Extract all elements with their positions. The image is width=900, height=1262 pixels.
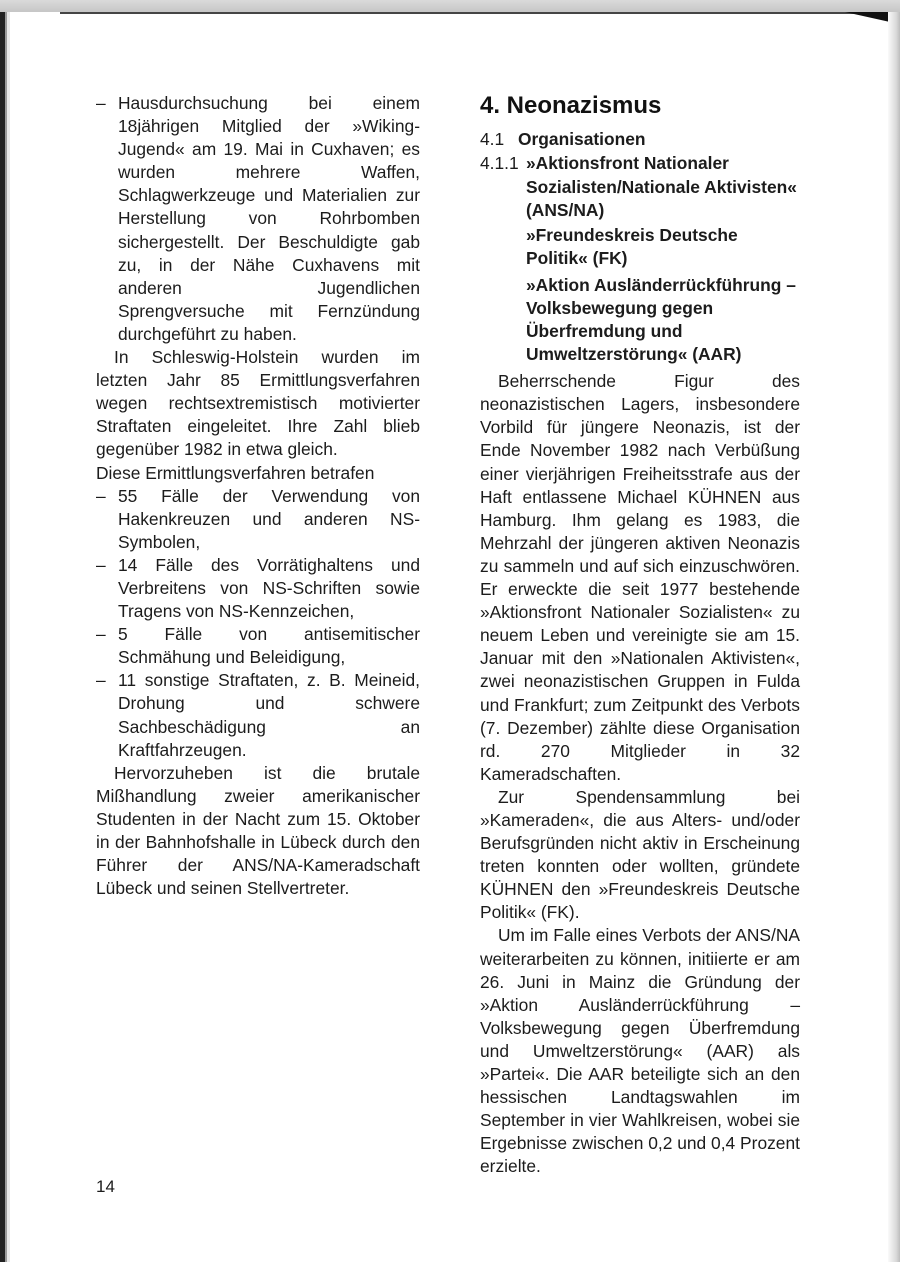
paragraph-list-intro: Diese Ermittlungsverfahren betrafen: [96, 462, 420, 485]
scan-edge-right: [888, 12, 900, 1262]
scan-corner-fold: [845, 12, 890, 22]
list-item-text: 55 Fälle der Verwendung von Hakenkreuzen…: [118, 486, 420, 552]
scan-edge-left: [0, 12, 10, 1262]
paragraph-kuehnen: Beherrschende Figur des neonazistischen …: [480, 370, 800, 786]
list-item-text: 14 Fälle des Vorrätighaltens und Verbrei…: [118, 555, 420, 621]
case-list: – 55 Fälle der Verwendung von Hakenkreuz…: [96, 485, 420, 762]
scan-edge-top: [0, 0, 900, 12]
subsection-title-fk: »Freundeskreis Deutsche Politik« (FK): [526, 224, 800, 270]
paragraph-aar: Um im Falle eines Verbots der ANS/NA wei…: [480, 924, 800, 1178]
dash-bullet: –: [96, 554, 106, 577]
subsection-title-ans-na: »Aktionsfront Nationaler Sozialisten/Nat…: [526, 152, 800, 222]
subsection-title-aar: »Aktion Ausländerrückführung – Volksbewe…: [526, 274, 800, 366]
section-number: 4.1: [480, 128, 518, 151]
left-column: – Hausdurchsuchung bei einem 18jährigen …: [96, 92, 420, 900]
scan-edge-shadow: [60, 12, 890, 14]
paragraph-luebeck-incident: Hervorzuheben ist die brutale Mißhandlun…: [96, 762, 420, 901]
paragraph-schleswig-holstein: In Schleswig-Holstein wurden im letzten …: [96, 346, 420, 461]
dash-bullet: –: [96, 669, 106, 692]
subsection-heading: 4.1.1 »Aktionsfront Nationaler Sozialist…: [480, 152, 800, 222]
list-item-house-search: – Hausdurchsuchung bei einem 18jährigen …: [96, 92, 420, 346]
page-number: 14: [96, 1177, 115, 1197]
dash-bullet: –: [96, 485, 106, 508]
chapter-title: 4. Neonazismus: [480, 92, 800, 120]
dash-bullet: –: [96, 623, 106, 646]
list-item: – 55 Fälle der Verwendung von Hakenkreuz…: [96, 485, 420, 554]
list-item: – 11 sonstige Straftaten, z. B. Meineid,…: [96, 669, 420, 761]
right-column: 4. Neonazismus 4.1 Organisationen 4.1.1 …: [480, 92, 800, 1178]
list-item-text: 5 Fälle von antisemitischer Schmähung un…: [118, 624, 420, 667]
subsection-number: 4.1.1: [480, 152, 526, 222]
list-item-text: Hausdurchsuchung bei einem 18jährigen Mi…: [118, 93, 420, 344]
list-item: – 14 Fälle des Vorrätighaltens und Verbr…: [96, 554, 420, 623]
section-heading: 4.1 Organisationen: [480, 128, 800, 151]
paragraph-spendensammlung: Zur Spendensammlung bei »Kameraden«, die…: [480, 786, 800, 925]
list-item: – 5 Fälle von antisemitischer Schmähung …: [96, 623, 420, 669]
list-item-text: 11 sonstige Straftaten, z. B. Meineid, D…: [118, 670, 420, 759]
dash-bullet: –: [96, 92, 106, 115]
section-title: Organisationen: [518, 128, 646, 151]
